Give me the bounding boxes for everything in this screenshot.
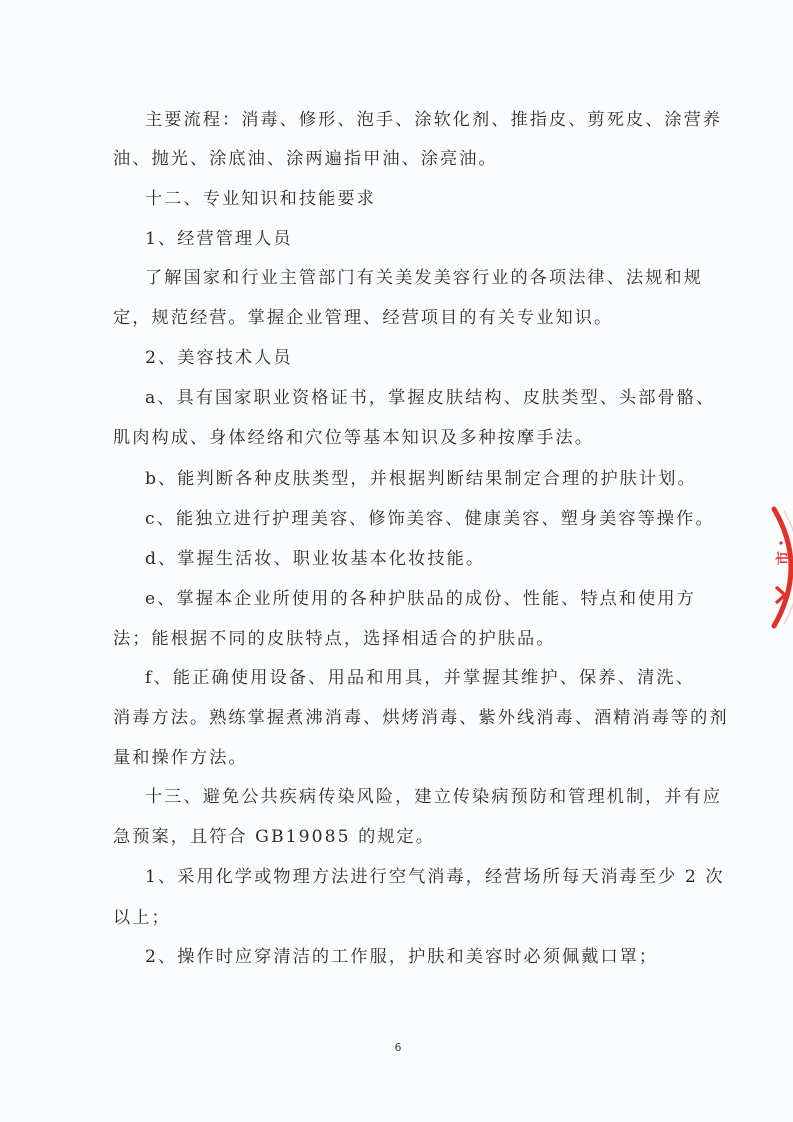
text-line: 主要流程：消毒、修形、泡手、涂软化剂、推指皮、剪死皮、涂营养 xyxy=(145,107,695,133)
text-line: c、能独立进行护理美容、修饰美容、健康美容、塑身美容等操作。 xyxy=(145,506,695,532)
text-line: 定，规范经营。掌握企业管理、经营项目的有关专业知识。 xyxy=(113,305,695,331)
text-line: 肌肉构成、身体经络和穴位等基本知识及多种按摩手法。 xyxy=(113,425,695,451)
text-line: 2、操作时应穿清洁的工作服，护肤和美容时必须佩戴口罩； xyxy=(145,944,695,970)
text-line: 十三、避免公共疾病传染风险，建立传染病预防和管理机制，并有应 xyxy=(145,784,695,810)
red-seal-stamp-icon: 市 xyxy=(768,505,793,630)
text-line: 量和操作方法。 xyxy=(113,745,695,771)
text-line: 油、抛光、涂底油、涂两遍指甲油、涂亮油。 xyxy=(113,146,695,172)
text-line: 1、采用化学或物理方法进行空气消毒，经营场所每天消毒至少 2 次 xyxy=(145,864,695,890)
text-line: 急预案，且符合 GB19085 的规定。 xyxy=(113,824,695,850)
page-number: 6 xyxy=(388,1041,408,1054)
text-line: 了解国家和行业主管部门有关美发美容行业的各项法律、法规和规 xyxy=(145,265,695,291)
text-line: 1、经营管理人员 xyxy=(145,226,695,252)
text-line: 2、美容技术人员 xyxy=(145,345,695,371)
text-line: 法；能根据不同的皮肤特点，选择相适合的护肤品。 xyxy=(113,626,695,652)
text-line: 十二、专业知识和技能要求 xyxy=(145,186,695,212)
text-line: f、能正确使用设备、用品和用具，并掌握其维护、保养、清洗、 xyxy=(145,665,695,691)
svg-text:市: 市 xyxy=(775,551,792,565)
text-line: b、能判断各种皮肤类型，并根据判断结果制定合理的护肤计划。 xyxy=(145,466,695,492)
text-line: e、掌握本企业所使用的各种护肤品的成份、性能、特点和使用方 xyxy=(145,586,695,612)
text-line: 以上； xyxy=(113,905,695,931)
text-line: a、具有国家职业资格证书，掌握皮肤结构、皮肤类型、头部骨骼、 xyxy=(145,385,695,411)
text-line: 消毒方法。熟练掌握煮沸消毒、烘烤消毒、紫外线消毒、酒精消毒等的剂 xyxy=(113,705,695,731)
text-line: d、掌握生活妆、职业妆基本化妆技能。 xyxy=(145,546,695,572)
document-page: 主要流程：消毒、修形、泡手、涂软化剂、推指皮、剪死皮、涂营养油、抛光、涂底油、涂… xyxy=(0,0,793,1122)
